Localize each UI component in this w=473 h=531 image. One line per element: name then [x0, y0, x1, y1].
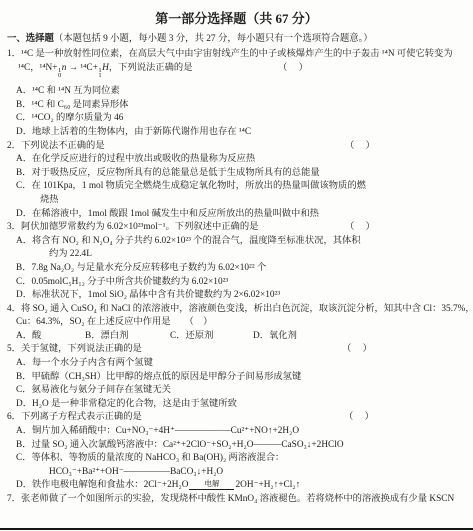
question-2-option-b: B．对于吸热反应，反应物所具有的总能量总是低于生成物所具有的总能量 [0, 167, 473, 181]
question-6-equation: HCO₃⁻+Ba²⁺+OH⁻—————BaCO₃↓+H₂O [0, 466, 473, 480]
section-description: （本题包括 9 小题，每小题 3 分，共 27 分，每小题只有一个选项符合题意。… [54, 34, 373, 44]
question-2-option-a: A．在化学反应进行的过程中放出或吸收的热量称为反应热 [0, 153, 473, 167]
question-6-option-a: A．铜片加入稀硝酸中：Cu+NO₃⁻+4H⁺——————Cu²⁺+NO↑+2H₂… [0, 425, 473, 439]
question-3-option-c: C．0.05molC₅H₁₂ 分子中所含共价键数约为 6.02×10²³ [0, 276, 473, 290]
question-1-option-c: C．¹⁴CO₂ 的摩尔质量为 46 [0, 112, 473, 126]
exam-paper-page: 第一部分选择题（共 67 分） 一、选择题（本题包括 9 小题，每小题 3 分，… [0, 0, 473, 531]
questions-list: 1．¹⁴C 是一种放射性同位素，在高层大气中由宇宙射线产生的中子或核爆炸产生的中… [0, 48, 473, 507]
page-title: 第一部分选择题（共 67 分） [0, 0, 473, 27]
question-5-option-c: C．氨易液化与氨分子间存在氢键无关 [0, 384, 473, 398]
question-5-option-b: B．甲硫醇（CH₃SH）比甲醇的熔点低的原因是甲醇分子间易形成氢键 [0, 371, 473, 385]
question-6-option-c: C．等体积、等物质的量浓度的 NaHCO₃ 和 Ba(OH)₂ 两溶液混合： [0, 452, 473, 466]
question-4-option-c: Cu：64.3%，SO₂ 在上述反应中作用是 （ ） [0, 316, 473, 330]
answer-bracket: （ ） [344, 411, 375, 425]
question-2-option-c: C．在 101Kpa，1 mol 物质完全燃烧生成稳定氧化物时，所放出的热量叫做… [0, 180, 473, 194]
section-label: 一、选择题 [7, 34, 54, 44]
answer-bracket: （ ） [342, 343, 373, 357]
question-1-option-d: D．地球上活着的生物体内，由于新陈代谢作用也存在 ¹⁴C [0, 126, 473, 140]
question-1-option-b: B．¹⁴C 和 C₆₀ 是同素异形体 [0, 99, 473, 113]
question-6-option-d: D．铁作电极电解饱和食盐水：2Cl⁻+2H₂O电解2OH⁻+H₂↑+Cl₂↑ [0, 479, 473, 493]
question-4-stem: 4．将 SO₂ 通入 CuSO₄ 和 NaCl 的浓溶液中，溶液颜色变浅，析出白… [0, 303, 473, 317]
answer-bracket: （ ） [345, 140, 376, 154]
section-heading: 一、选择题（本题包括 9 小题，每小题 3 分，共 27 分，每小题只有一个选项… [0, 33, 473, 46]
question-3-stem: 3．阿伏加德罗常数约为 6.02×10²³mol⁻¹。下列叙述中正确的是（ ） [0, 221, 473, 235]
question-4-option-b: B．漂白剂 [85, 330, 128, 344]
question-2-option-d: D．在稀溶液中，1mol 酸跟 1mol 碱发生中和反应所放出的热量叫做中和热 [0, 208, 473, 222]
page-bottom-rule [0, 528, 473, 531]
question-1-option-a: A．¹⁴C 和 ¹⁴N 互为同位素 [0, 85, 473, 99]
question-2-line-4: 烧热 [0, 194, 473, 208]
question-5-option-d: D．H₂O 是一种非常稳定的化合物，这是由于氢键所致 [0, 398, 473, 412]
answer-bracket: （ ） [278, 62, 309, 76]
question-5-stem: 5．关于氢键，下列说法正确的是（ ） [0, 343, 473, 357]
question-1-stem: 1．¹⁴C 是一种放射性同位素，在高层大气中由宇宙射线产生的中子或核爆炸产生的中… [0, 48, 473, 62]
question-4-option-d: D．氧化剂 [253, 330, 297, 344]
reaction-condition-label: 电解 [189, 480, 234, 490]
nuclide-notation: 10 [58, 68, 61, 78]
question-1-line-1: ¹⁴C，¹⁴N+10n → ¹⁴C+11H，下列说法正确的是（ ） [0, 62, 473, 76]
question-5-option-a: A．每一个水分子内含有两个氢键 [0, 357, 473, 371]
question-4-option-c: C．还原剂 [170, 330, 213, 344]
question-6-option-b: B．过量 SO₂ 通入次氯酸钙溶液中：Ca²⁺+2ClO⁻+SO₂+H₂O———… [0, 439, 473, 453]
question-3-option-b: B．7.8g Na₂O₂ 与足量水充分反应转移电子数约为 6.02×10²² 个 [0, 262, 473, 276]
question-3-option-d: D．标准状况下，1mol SiO₂ 晶体中含有共价键数约为 2×6.02×10²… [0, 289, 473, 303]
question-3-option-a: A．将含有 NO₂ 和 N₂O₄ 分子共约 6.02×10²³ 个的混合气，温度… [0, 235, 473, 249]
question-6-stem: 6．下列离子方程式表示正确的是（ ） [0, 411, 473, 425]
question-4-option-: A．酸B．漂白剂C．还原剂D．氧化剂 [0, 330, 473, 344]
question-3-line-2: 约为 22.4L [0, 248, 473, 262]
question-7-stem: 7．张老师做了一个如图所示的实验，发现烧杯中酸性 KMnO₄ 溶液褪色。若将烧杯… [0, 493, 473, 507]
answer-bracket: （ ） [345, 221, 376, 235]
question-4-option-a: A．酸 [16, 330, 41, 344]
question-2-stem: 2．下列说法不正确的是（ ） [0, 140, 473, 154]
